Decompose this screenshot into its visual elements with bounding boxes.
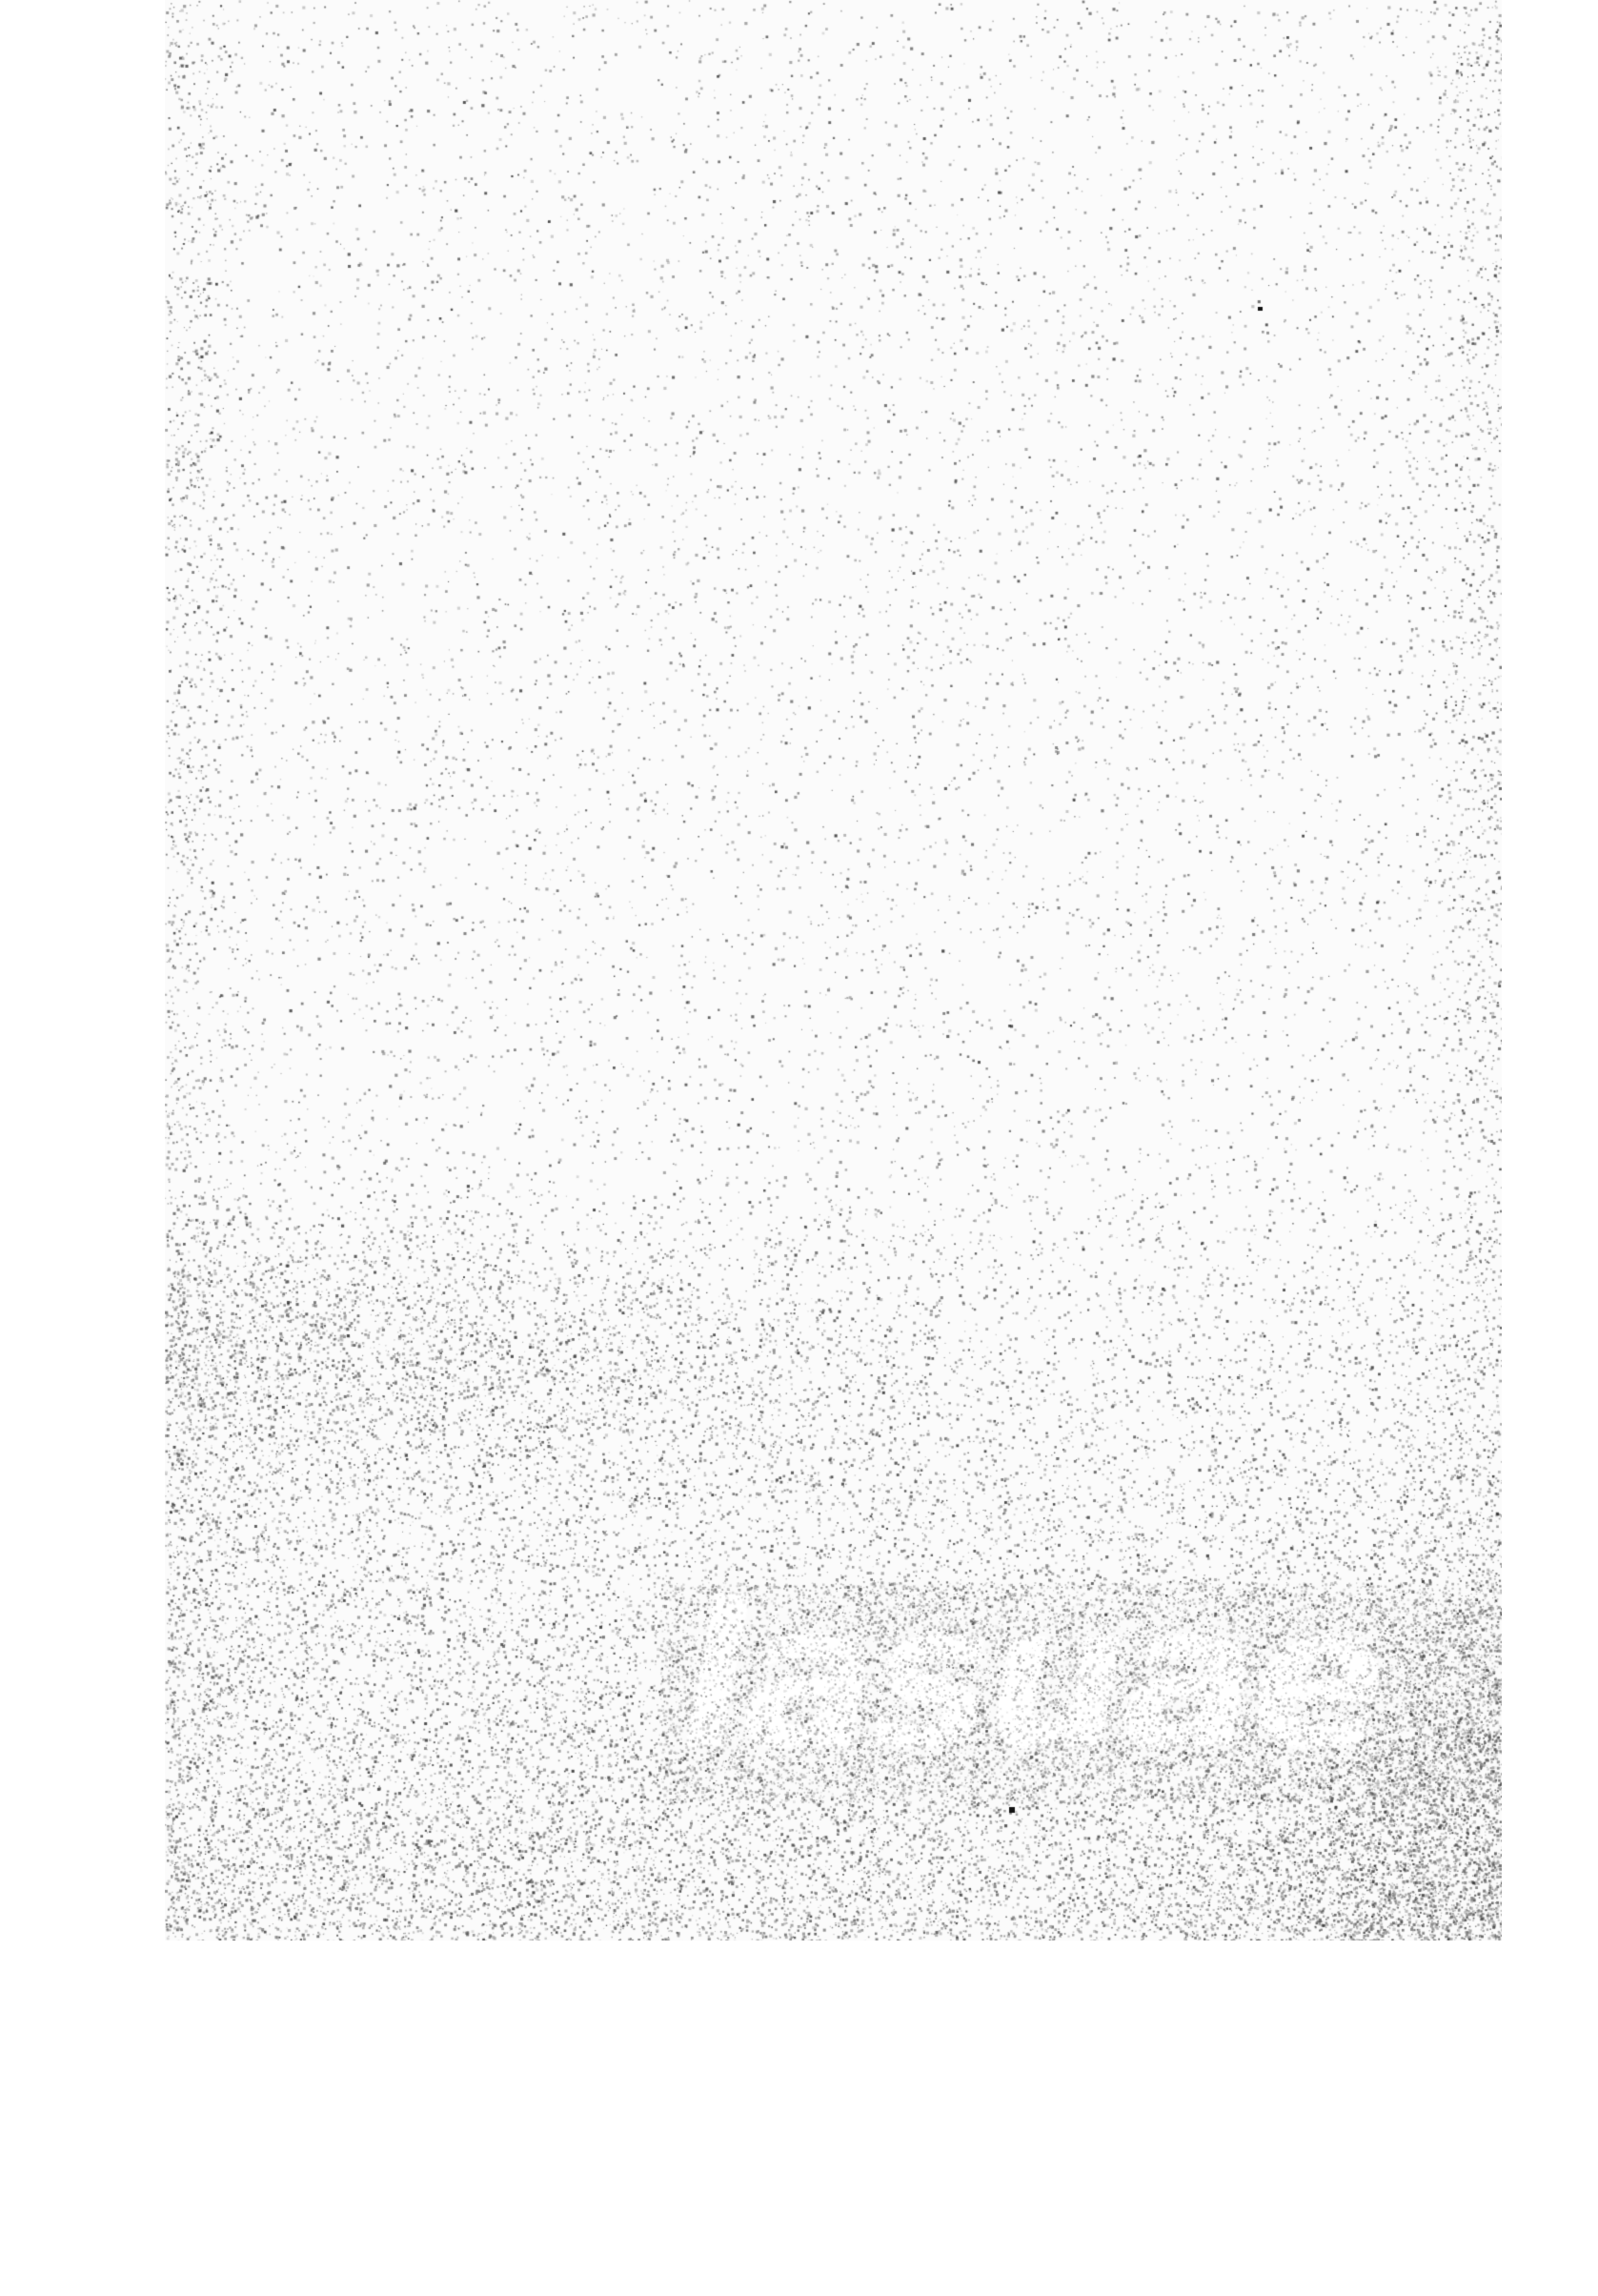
partial-white-headline: lasuae — [679, 1577, 1381, 1778]
scanned-textured-page: lasuae — [165, 0, 1502, 1940]
